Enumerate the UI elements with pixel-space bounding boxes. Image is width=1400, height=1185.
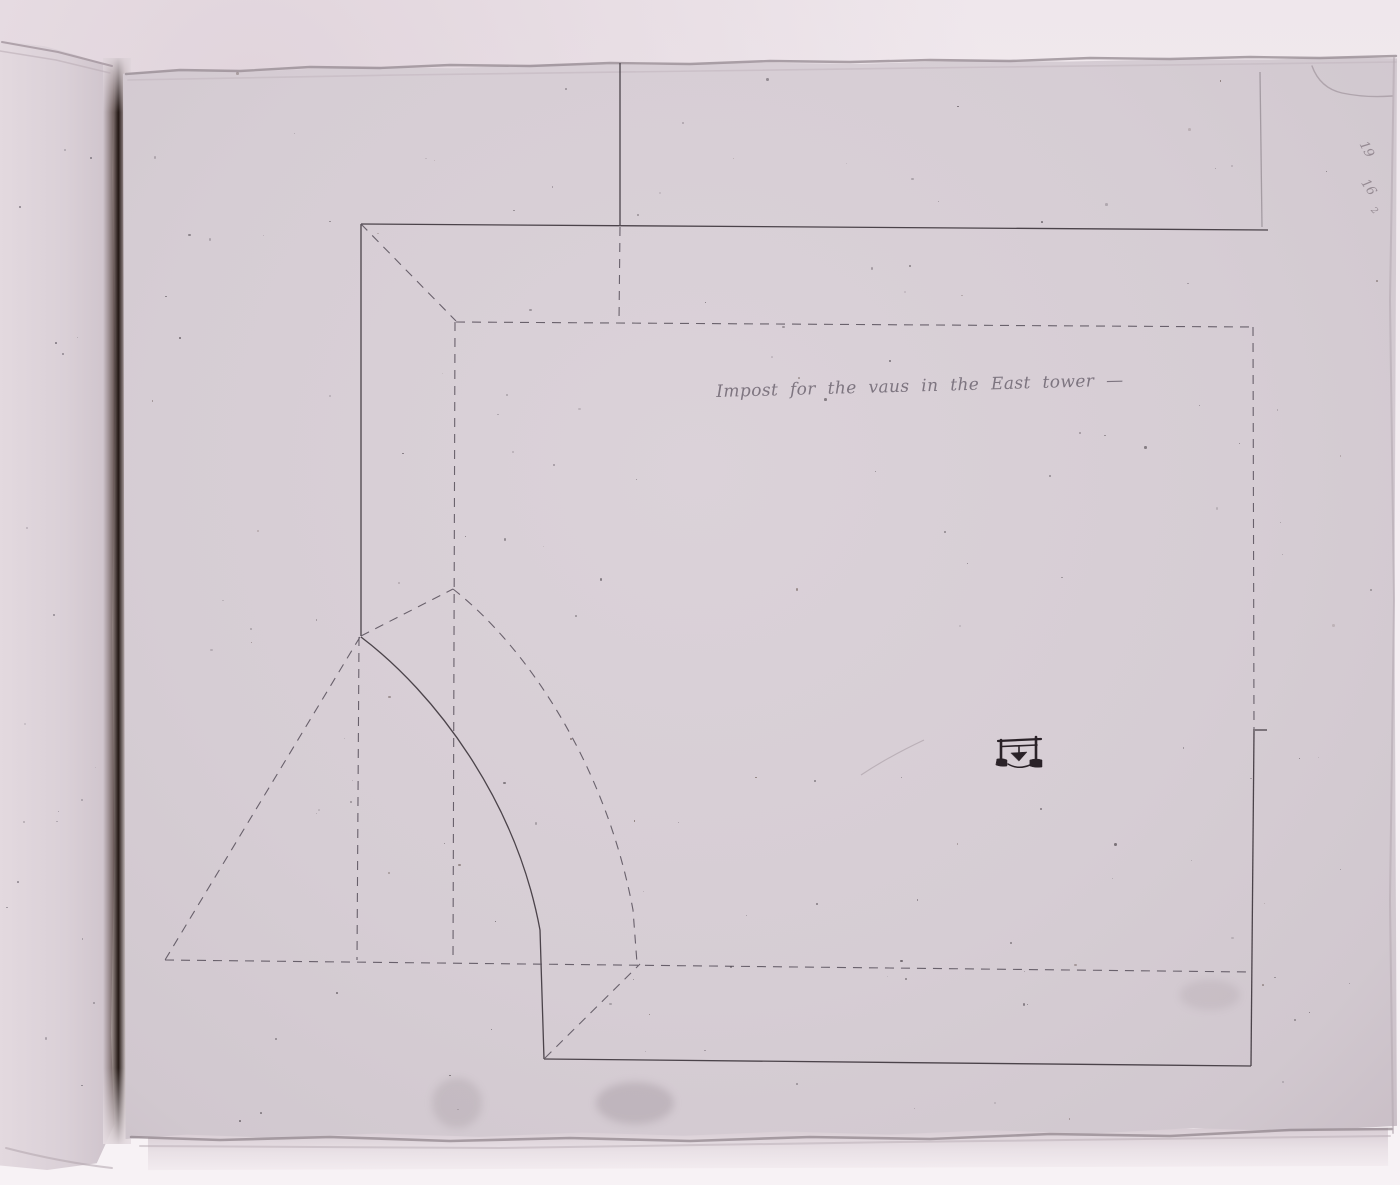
paper-speck [659, 192, 661, 194]
paper-speck [911, 178, 913, 180]
paper-speck [957, 843, 958, 844]
paper-speck [62, 353, 64, 355]
paper-speck [236, 72, 239, 75]
paper-speck [1215, 168, 1216, 169]
paper-speck [565, 88, 567, 90]
paper-speck [329, 221, 330, 222]
paper-speck [782, 326, 784, 328]
paper-speck [552, 186, 553, 187]
paper-speck [45, 1037, 47, 1039]
paper-smudge [596, 1082, 674, 1124]
paper-speck [796, 1083, 797, 1084]
paper-speck [1041, 221, 1043, 223]
paper-speck [398, 582, 399, 583]
paper-speck [1188, 128, 1191, 131]
paper-speck [388, 696, 391, 699]
paper-speck [643, 891, 644, 892]
paper-speck [1231, 937, 1233, 939]
paper-speck [26, 527, 28, 529]
paper-speck [495, 921, 496, 922]
paper-speck [188, 234, 190, 236]
paper-speck [222, 600, 223, 601]
paper-speck [766, 78, 769, 81]
paper-speck [578, 408, 580, 410]
paper-speck [377, 233, 378, 234]
paper-speck [316, 813, 317, 814]
paper-speck [746, 915, 747, 916]
paper-speck [1262, 984, 1264, 986]
paper-speck [1231, 165, 1233, 167]
paper-speck [771, 356, 773, 358]
paper-speck [1105, 203, 1108, 206]
paper-speck [570, 738, 572, 740]
paper-speck [1376, 280, 1378, 282]
paper-speck [442, 373, 443, 374]
paper-speck [90, 157, 92, 159]
paper-speck [239, 1120, 241, 1122]
paper-speck [889, 360, 891, 362]
paper-speck [497, 414, 499, 416]
paper-speck [1318, 757, 1319, 758]
paper-speck [1074, 964, 1076, 966]
album-photo-scene: Impost for the vaus in the East tower — … [0, 0, 1400, 1185]
paper-speck [503, 782, 505, 784]
paper-speck [914, 1108, 915, 1109]
paper-speck [944, 531, 946, 533]
paper-speck [1216, 507, 1219, 510]
paper-speck [152, 400, 154, 402]
paper-speck [17, 881, 19, 883]
paper-speck [553, 464, 555, 466]
paper-speck [798, 377, 800, 379]
paper-speck [1024, 971, 1025, 972]
paper-speck [1144, 446, 1146, 448]
paper-speck [1277, 409, 1278, 410]
paper-speck [1040, 808, 1042, 810]
paper-speck [796, 588, 798, 590]
paper-speck [871, 267, 873, 269]
paper-speck [1049, 475, 1051, 477]
paper-speck [329, 395, 331, 397]
paper-speck [887, 976, 888, 977]
paper-speck [1061, 577, 1062, 578]
paper-speck [1187, 283, 1189, 285]
paper-speck [260, 1112, 262, 1114]
paper-speck [637, 214, 639, 216]
paper-speck [434, 160, 435, 161]
paper-speck [512, 451, 514, 453]
paper-speck [1199, 405, 1200, 406]
paper-speck [575, 615, 577, 617]
paper-speck [1274, 977, 1275, 978]
paper-speck [645, 1051, 646, 1052]
paper-speck [1114, 843, 1117, 846]
paper-speck [1250, 778, 1251, 779]
paper-speck [55, 342, 57, 344]
paper-speck [318, 809, 320, 811]
paper-speck [81, 799, 83, 801]
paper-speck [449, 1075, 451, 1077]
paper-speck [352, 780, 353, 781]
paper-speck [1340, 869, 1341, 870]
paper-speck [1332, 624, 1335, 627]
previous-page-edge [0, 36, 118, 1170]
paper-speck [458, 864, 461, 867]
paper-smudge [1180, 980, 1240, 1010]
paper-smudge [432, 1078, 482, 1128]
paper-speck [24, 723, 26, 725]
paper-speck [294, 133, 295, 134]
paper-speck [444, 843, 445, 844]
paper-speck [506, 394, 508, 396]
paper-speck [682, 122, 684, 124]
paper-speck [824, 398, 827, 401]
